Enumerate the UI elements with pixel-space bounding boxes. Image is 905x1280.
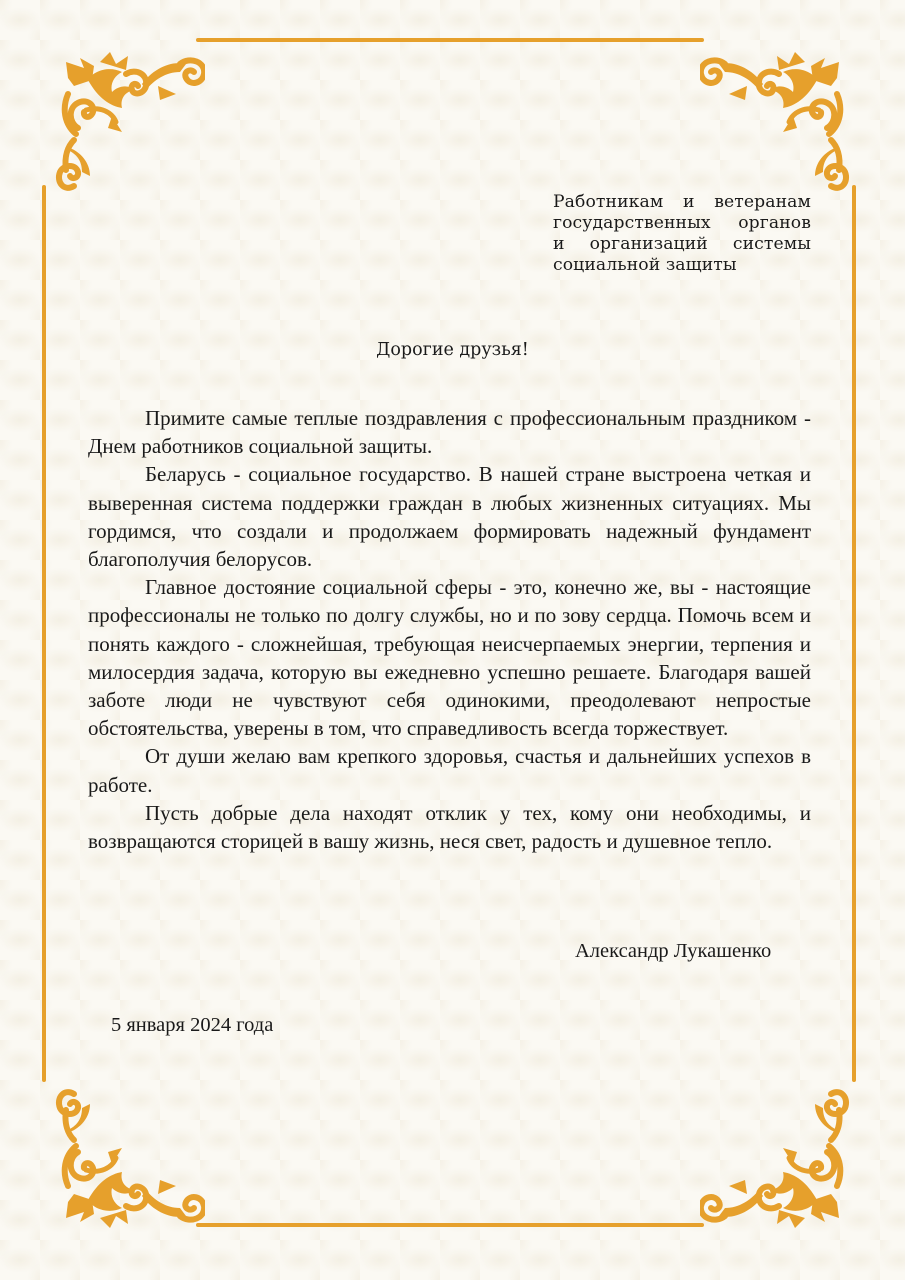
corner-ornament-icon [700, 28, 875, 203]
letter-date: 5 января 2024 года [111, 1014, 273, 1037]
addressee-line: Работникам и ветеранам [553, 192, 811, 213]
corner-ornament-icon [30, 28, 205, 203]
addressee-block: Работникам и ветеранам государственных о… [553, 192, 811, 276]
body-paragraph: Беларусь - социальное государство. В наш… [88, 460, 811, 573]
addressee-line: и организаций системы [553, 234, 811, 255]
frame-border-top [196, 38, 704, 42]
signature: Александр Лукашенко [575, 940, 771, 963]
frame-border-right [852, 185, 856, 1082]
corner-ornament-icon [700, 1077, 875, 1252]
body-paragraph: От души желаю вам крепкого здоровья, сча… [88, 742, 811, 798]
addressee-line: государственных органов [553, 213, 811, 234]
corner-ornament-icon [30, 1077, 205, 1252]
frame-border-left [42, 185, 46, 1082]
greeting-heading: Дорогие друзья! [0, 340, 905, 360]
body-paragraph: Примите самые теплые поздравления с проф… [88, 404, 811, 460]
letter-body: Примите самые теплые поздравления с проф… [88, 404, 811, 855]
addressee-line: социальной защиты [553, 255, 811, 276]
body-paragraph: Главное достояние социальной сферы - это… [88, 573, 811, 742]
body-paragraph: Пусть добрые дела находят отклик у тех, … [88, 799, 811, 855]
frame-border-bottom [196, 1223, 704, 1227]
